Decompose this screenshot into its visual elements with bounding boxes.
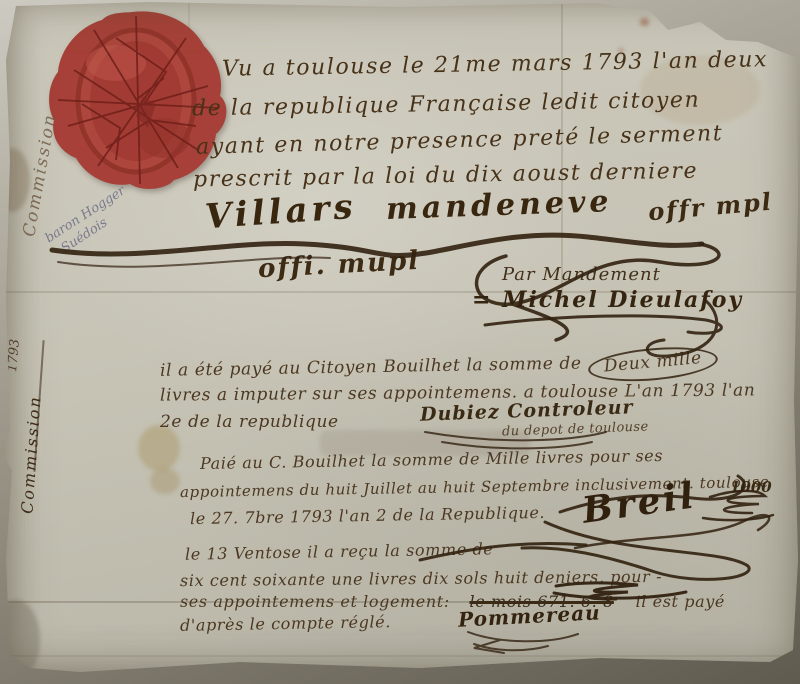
photo-background: Commission baron Hogger Suédois 1793 Com… [0, 0, 800, 684]
dubiez-underline [425, 432, 606, 448]
flourish-thin-lower [58, 258, 330, 267]
pommereau-flourish [468, 632, 578, 653]
document-paper: Commission baron Hogger Suédois 1793 Com… [0, 0, 800, 684]
ink-flourishes [0, 0, 800, 684]
flourish-main-stroke [52, 235, 702, 255]
flourish-main-loop [477, 244, 719, 340]
breil-flourish [420, 476, 749, 579]
strikeout-scribble [554, 583, 686, 599]
